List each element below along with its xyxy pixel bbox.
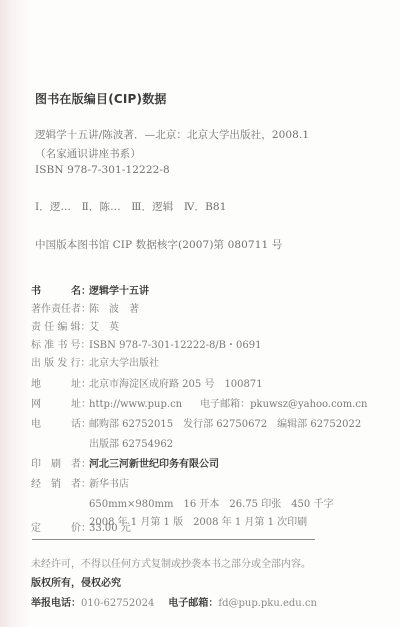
report-email-label: 电子邮箱： (168, 598, 218, 609)
editor: 艾 英 (89, 320, 119, 336)
cip-title: 图书在版编目(CIP)数据 (35, 90, 167, 107)
colophon-row-author: 著作责任者：陈 波 著 (31, 302, 139, 318)
cip-series: （名家通识讲座书系） (35, 146, 141, 161)
section-divider (32, 539, 315, 540)
printer: 河北三河新世纪印务有限公司 (89, 457, 219, 473)
price: 33.00 元 (89, 521, 131, 537)
distributor: 新华书店 (89, 477, 129, 493)
format-spec: 650mm×980mm 16 开本 26.75 印张 450 千字 (89, 497, 333, 513)
website-link[interactable]: http://www.pup.cn (89, 397, 182, 413)
row-label: 出 版 发 行： (31, 356, 89, 372)
cip-isbn: ISBN 978-7-301-12222-8 (35, 164, 170, 176)
row-label: 网 址： (31, 397, 89, 413)
copy-prohibition-notice: 未经许可，不得以任何方式复制或抄袭本书之部分或全部内容。 (31, 555, 311, 570)
phone-numbers: 邮购部 62752015 发行部 62750672 编辑部 62752022 (89, 417, 361, 433)
publisher: 北京大学出版社 (89, 356, 159, 372)
row-label: 印 刷 者： (31, 457, 89, 473)
email-link[interactable]: pkuwsz@yahoo.com.cn (250, 399, 367, 410)
row-label: 经 销 者： (31, 477, 89, 493)
report-phone-label: 举报电话： (31, 598, 81, 609)
email-label: 电子邮箱： (200, 399, 250, 410)
row-label: 责 任 编 辑： (31, 320, 89, 336)
row-label: 著作责任者： (31, 302, 89, 318)
row-label: 电 话： (31, 417, 89, 433)
colophon-row-publisher: 出 版 发 行：北京大学出版社 (31, 356, 159, 372)
colophon-row-printer: 印 刷 者：河北三河新世纪印务有限公司 (31, 457, 219, 473)
cip-classification: Ⅰ．逻… Ⅱ．陈… Ⅲ．逻辑 Ⅳ．B81 (35, 199, 226, 214)
report-contact: 举报电话：010-62752024电子邮箱：fd@pup.pku.edu.cn (31, 594, 317, 609)
book-title: 逻辑学十五讲 (89, 284, 149, 300)
rights-reserved: 版权所有，侵权必究 (31, 574, 121, 589)
row-label: 书 名： (31, 284, 89, 300)
address: 北京市海淀区成府路 205 号 100871 (89, 377, 263, 393)
colophon-row-title: 书 名：逻辑学十五讲 (31, 284, 149, 300)
colophon-row-website: 网 址：http://www.pup.cn电子邮箱：pkuwsz@yahoo.c… (31, 397, 367, 413)
colophon-row-phone: 电 话：邮购部 62752015 发行部 62750672 编辑部 627520… (31, 417, 361, 433)
standard-book-number: ISBN 978-7-301-12222-8/B・0691 (89, 338, 261, 354)
copyright-page: 图书在版编目(CIP)数据 逻辑学十五讲/陈波著．—北京：北京大学出版社，200… (0, 0, 400, 627)
colophon-row-isbn: 标 准 书 号：ISBN 978-7-301-12222-8/B・0691 (31, 338, 261, 354)
publishing-dept-phone: 出版部 62754962 (89, 437, 173, 453)
author: 陈 波 著 (89, 302, 139, 318)
row-label: 地 址： (31, 377, 89, 393)
colophon-row-phone-2: 出版部 62754962 (31, 437, 173, 453)
price-line: 定 价：33.00 元 (31, 521, 131, 537)
colophon-row-address: 地 址：北京市海淀区成府路 205 号 100871 (31, 377, 263, 393)
cip-verification-number: 中国版本图书馆 CIP 数据核字(2007)第 080711 号 (35, 237, 282, 252)
report-email[interactable]: fd@pup.pku.edu.cn (218, 598, 317, 609)
row-label: 标 准 书 号： (31, 338, 89, 354)
cip-main-entry: 逻辑学十五讲/陈波著．—北京：北京大学出版社，2008.1 (35, 127, 309, 142)
row-label: 定 价： (31, 521, 89, 537)
colophon-row-distributor: 经 销 者：新华书店 (31, 477, 129, 493)
colophon-row-format: 650mm×980mm 16 开本 26.75 印张 450 千字 (31, 497, 333, 513)
report-phone: 010-62752024 (81, 598, 154, 609)
colophon-row-editor: 责 任 编 辑：艾 英 (31, 320, 119, 336)
